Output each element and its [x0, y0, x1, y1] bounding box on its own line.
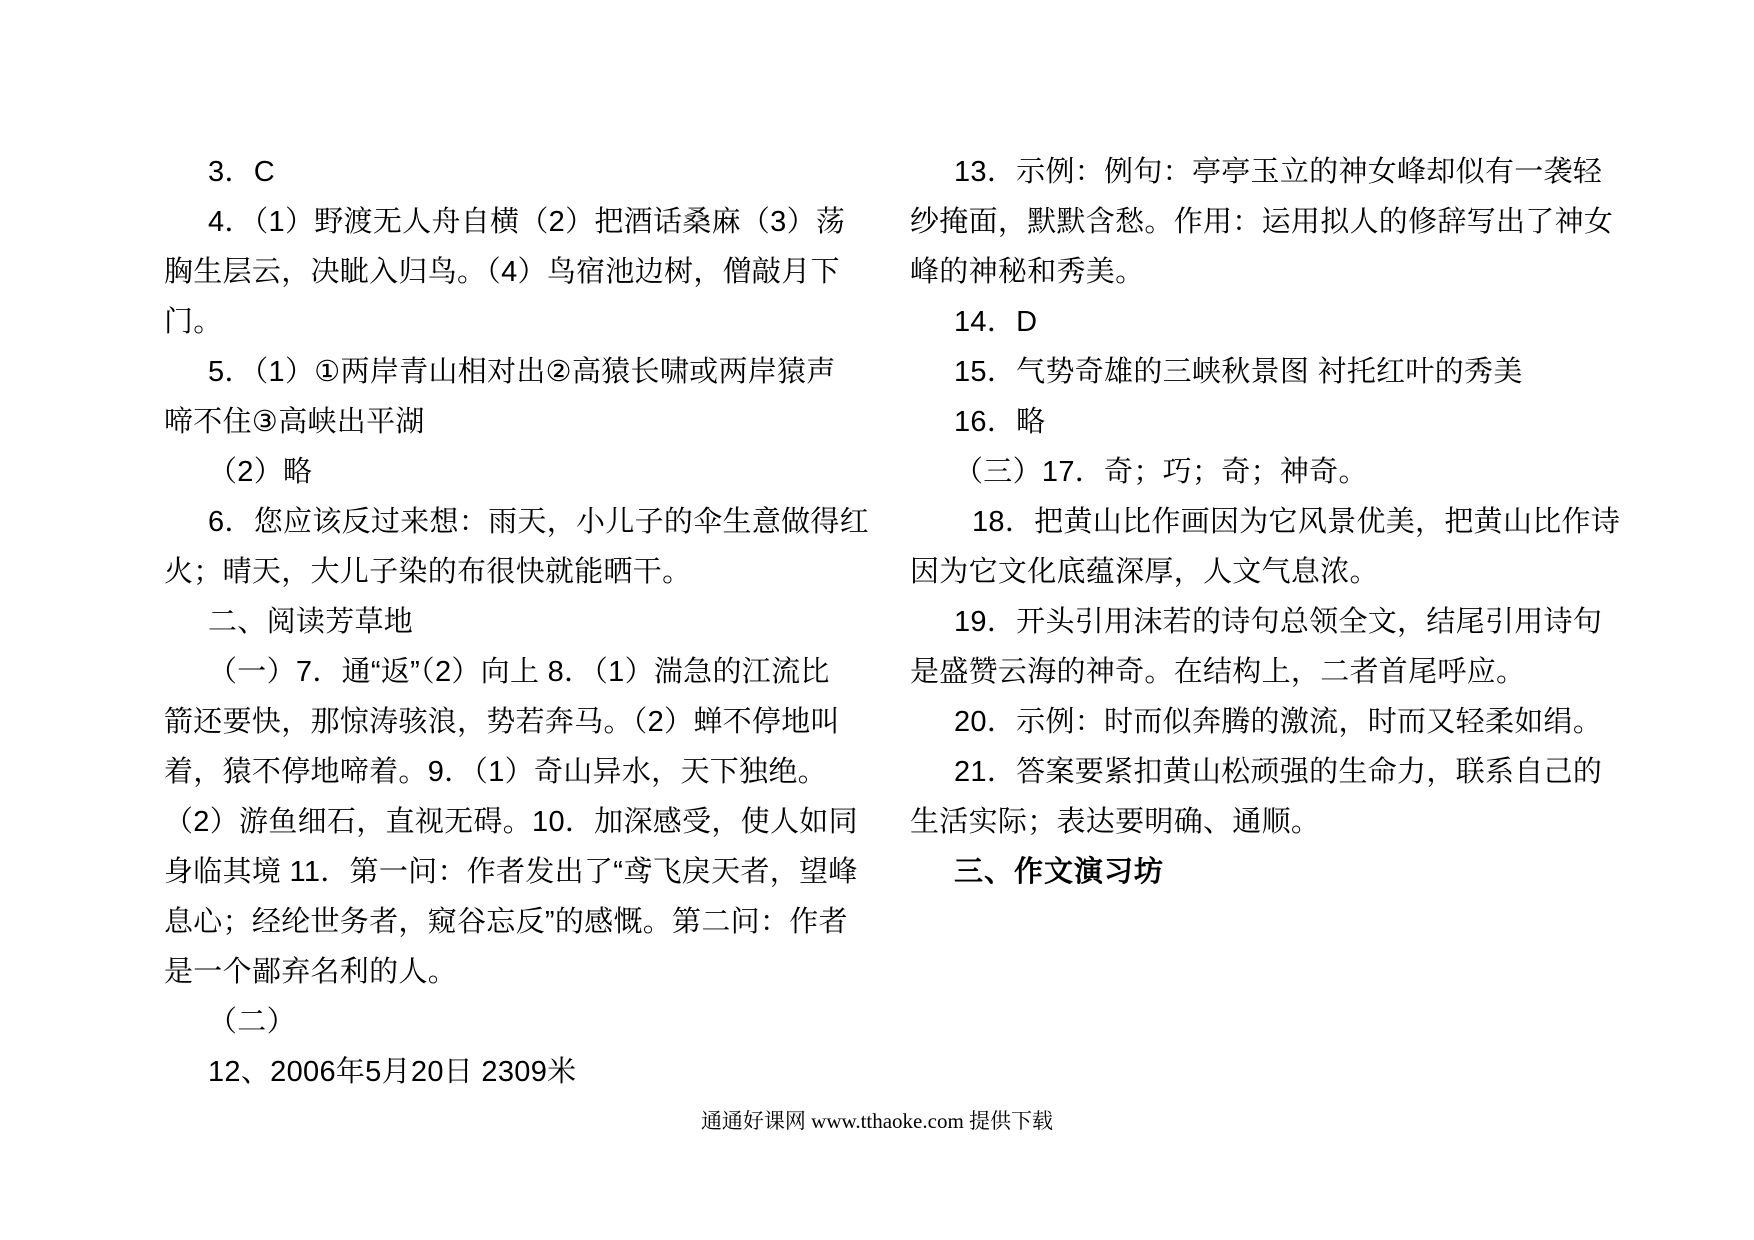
- answer-line: 是一个鄙弃名利的人。: [164, 947, 876, 997]
- answer-line: 20．示例：时而似奔腾的激流，时而又轻柔如绢。: [910, 697, 1622, 747]
- answer-line: 着，猿不停地啼着。9．（1）奇山异水，天下独绝。: [164, 747, 876, 797]
- answer-line: 14．D: [910, 297, 1622, 347]
- answer-line: 是盛赞云海的神奇。在结构上，二者首尾呼应。: [910, 647, 1622, 697]
- answer-line: 19．开头引用沫若的诗句总领全文，结尾引用诗句: [910, 597, 1622, 647]
- answer-line: 生活实际；表达要明确、通顺。: [910, 797, 1622, 847]
- answer-line: 箭还要快，那惊涛骇浪，势若奔马。（2）蝉不停地叫: [164, 697, 876, 747]
- answer-line: 13．示例：例句：亭亭玉立的神女峰却似有一袭轻: [910, 147, 1622, 197]
- answer-line: 4．（1）野渡无人舟自横（2）把酒话桑麻（3）荡: [164, 197, 876, 247]
- answer-line: 因为它文化底蕴深厚，人文气息浓。: [910, 547, 1622, 597]
- right-column: 13．示例：例句：亭亭玉立的神女峰却似有一袭轻 纱掩面，默默含愁。作用：运用拟人…: [910, 147, 1622, 897]
- answer-line: 3．C: [164, 147, 876, 197]
- answer-line: （一）7．通“返”（2）向上 8．（1）湍急的江流比: [164, 647, 876, 697]
- answer-line: 5．（1）①两岸青山相对出②高猿长啸或两岸猿声: [164, 347, 876, 397]
- section-heading-composition: 三、作文演习坊: [910, 847, 1622, 897]
- answer-line: 峰的神秘和秀美。: [910, 247, 1622, 297]
- answer-line: 18．把黄山比作画因为它风景优美，把黄山比作诗: [910, 497, 1622, 547]
- answer-line: 门。: [164, 297, 876, 347]
- subsection-label: （二）: [164, 997, 876, 1047]
- footer-watermark: 通通好课网 www.tthaoke.com 提供下载: [0, 1106, 1754, 1136]
- answer-line: （2）略: [164, 447, 876, 497]
- answer-line: （2）游鱼细石，直视无碍。10．加深感受，使人如同: [164, 797, 876, 847]
- document-page: 3．C 4．（1）野渡无人舟自横（2）把酒话桑麻（3）荡 胸生层云，决眦入归鸟。…: [0, 0, 1754, 1240]
- answer-line: 息心；经纶世务者，窥谷忘反”的感慨。第二问：作者: [164, 897, 876, 947]
- answer-line: 身临其境 11．第一问：作者发出了“鸢飞戾天者，望峰: [164, 847, 876, 897]
- answer-line: （三）17．奇；巧；奇；神奇。: [910, 447, 1622, 497]
- left-column: 3．C 4．（1）野渡无人舟自横（2）把酒话桑麻（3）荡 胸生层云，决眦入归鸟。…: [164, 147, 876, 1097]
- section-heading-reading: 二、阅读芳草地: [164, 597, 876, 647]
- answer-line: 6．您应该反过来想：雨天，小儿子的伞生意做得红: [164, 497, 876, 547]
- answer-line: 15．气势奇雄的三峡秋景图 衬托红叶的秀美: [910, 347, 1622, 397]
- answer-line: 16．略: [910, 397, 1622, 447]
- answer-line: 胸生层云，决眦入归鸟。（4）鸟宿池边树，僧敲月下: [164, 247, 876, 297]
- answer-line: 21．答案要紧扣黄山松顽强的生命力，联系自己的: [910, 747, 1622, 797]
- answer-line: 火；晴天，大儿子染的布很快就能晒干。: [164, 547, 876, 597]
- answer-line: 啼不住③高峡出平湖: [164, 397, 876, 447]
- answer-line: 纱掩面，默默含愁。作用：运用拟人的修辞写出了神女: [910, 197, 1622, 247]
- answer-line: 12、2006年5月20日 2309米: [164, 1047, 876, 1097]
